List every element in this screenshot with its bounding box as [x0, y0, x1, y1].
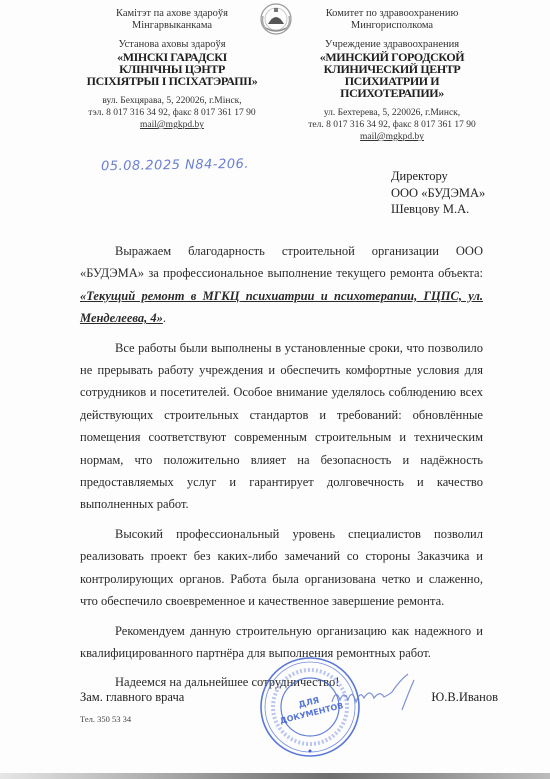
addressee-position: Директору: [391, 168, 485, 185]
signatory-name: Ю.В.Иванов: [431, 690, 498, 705]
paragraph: Выражаем благодарность строительной орга…: [80, 240, 483, 330]
handwritten-signature: [330, 670, 440, 720]
committee-line: Мингорисполкома: [292, 20, 492, 32]
letter-body: Выражаем благодарность строительной орга…: [80, 240, 483, 694]
object-name: «Текущий ремонт в МГКЦ психиатрии и псих…: [80, 289, 483, 325]
letter-page: Камітэт па ахове здароўя Мінгарвыканкама…: [0, 0, 550, 779]
phone-fax: тел. 8 017 316 34 92, факс 8 017 361 17 …: [292, 120, 492, 132]
letterhead-belarusian: Камітэт па ахове здароўя Мінгарвыканкама…: [82, 8, 262, 131]
email-link[interactable]: mail@mgkpd.by: [292, 131, 492, 143]
addressee-company: ООО «БУДЭМА»: [391, 185, 485, 202]
state-emblem-icon: [258, 2, 294, 36]
paragraph: Все работы были выполнены в установленны…: [80, 337, 483, 516]
scan-edge: [0, 773, 550, 779]
email-link[interactable]: mail@mgkpd.by: [82, 119, 262, 131]
registration-number: 05.08.2025 N84-206.: [101, 157, 249, 175]
addressee-block: Директору ООО «БУДЭМА» Шевцову М.А.: [391, 168, 485, 218]
addressee-name: Шевцову М.А.: [391, 201, 485, 218]
institution-name: ПСИХИАТРИИ И ПСИХОТЕРАПИИ»: [292, 75, 492, 99]
address: ул. Бехтерева, 5, 220026, г.Минск,: [292, 108, 492, 120]
letterhead-russian: Комитет по здравоохранению Мингорисполко…: [292, 8, 492, 143]
committee-line: Комитет по здравоохранению: [292, 8, 492, 20]
signatory-title: Зам. главного врача: [80, 690, 184, 705]
committee-line: Камітэт па ахове здароўя: [82, 8, 262, 20]
paragraph: Высокий профессиональный уровень специал…: [80, 523, 483, 613]
phone-fax: тэл. 8 017 316 34 92, факс 8 017 361 17 …: [82, 108, 262, 120]
committee-line: Мінгарвыканкама: [82, 20, 262, 32]
contact-phone: Тел. 350 53 34: [80, 714, 131, 724]
address: вул. Бехцярава, 5, 220026, г.Мінск,: [82, 96, 262, 108]
institution-name: ПСІХІЯТРЫІ І ПСІХАТЭРАПІІ»: [82, 75, 262, 87]
paragraph-text: Выражаем благодарность строительной орга…: [80, 244, 483, 280]
paragraph-text: .: [163, 311, 166, 325]
